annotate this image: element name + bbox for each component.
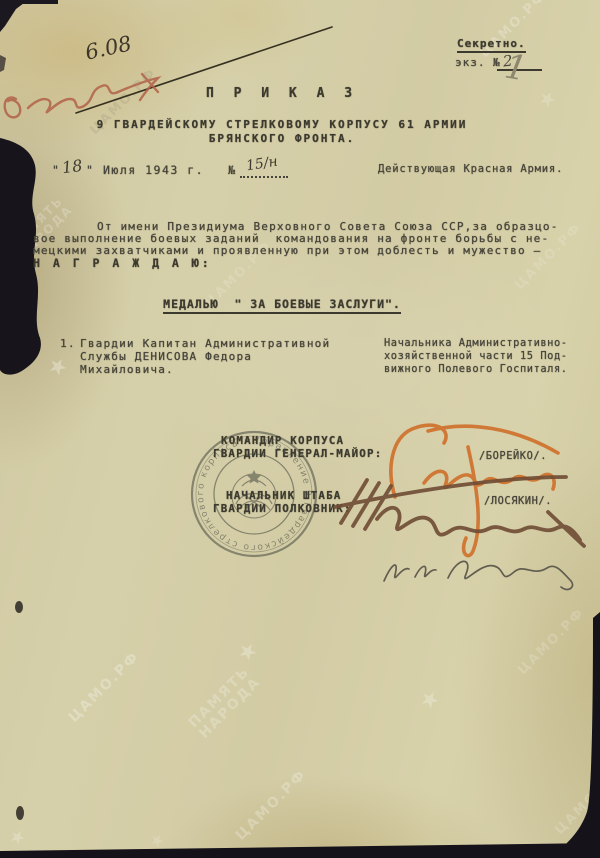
watermark-star-icon: ★ [415, 684, 447, 716]
verification-signature [384, 561, 573, 589]
stamp-emblem-icon [232, 470, 276, 518]
watermark-star-icon: ★ [233, 636, 265, 668]
entry-left-line: Службы ДЕНИСОВА Федора [80, 350, 252, 363]
commander-name: /БОРЕЙКО/. [479, 450, 547, 462]
entry-right-line: Начальника Административно- [384, 337, 568, 349]
order-day-handwritten: 18 [61, 156, 84, 177]
date-text: Июля 1943 г. [103, 163, 204, 177]
watermark-archive: ЦАМО.РФ [553, 766, 600, 837]
corner-date-handwritten: 6.08 [83, 31, 134, 64]
order-number-handwritten: 15/н [245, 154, 279, 175]
entry-right-line: вижного Полевого Госпиталя. [384, 363, 568, 375]
order-number-label: № [228, 163, 236, 177]
addressee-line2: БРЯНСКОГО ФРОНТА. [0, 132, 582, 145]
order-number-dotted-line [240, 176, 288, 178]
scanned-order-document: ЦАМО.РФ ЦАМО.РФ ПАМЯТЬ НАРОДА ★ ЦАМО.РФ … [0, 0, 600, 858]
date-quote-close: " [86, 163, 94, 177]
army-status: Действующая Красная Армия. [378, 163, 563, 175]
watermark-star-icon: ★ [43, 351, 75, 383]
award-verb-line: Н А Г Р А Ж Д А Ю: [33, 256, 212, 270]
watermark-star-icon: ★ [146, 829, 169, 852]
watermark-project: ПАМЯТЬ НАРОДА [186, 664, 263, 741]
entry-right-line: хозяйственной части 15 Под- [384, 350, 568, 362]
chief-of-staff-signature [335, 477, 584, 546]
watermark-archive: ЦАМО.РФ [516, 606, 587, 677]
commander-signature [391, 425, 558, 556]
chief-of-staff-name: /ЛОСЯКИН/. [484, 495, 552, 507]
entry-left-line: Гвардии Капитан Административной [80, 337, 330, 350]
copy-label: экз. № [455, 56, 501, 69]
watermark-archive: ЦАМО.РФ [233, 767, 309, 843]
entry-number: 1. [60, 337, 76, 350]
date-quote-open: " [52, 163, 60, 177]
round-stamp: Управление 9 Гвардейского стрелкового ко… [186, 426, 322, 562]
award-heading: МЕДАЛЬЮ " ЗА БОЕВЫЕ ЗАСЛУГИ". [163, 297, 401, 314]
order-title: П Р И К А З [0, 86, 582, 101]
watermark-archive: ЦАМО.РФ [66, 649, 142, 725]
watermark-star-icon: ★ [6, 824, 32, 850]
entry-left-line: Михайловича. [80, 363, 174, 376]
addressee-line1: 9 ГВАРДЕЙСКОМУ СТРЕЛКОВОМУ КОРПУСУ 61 АР… [0, 118, 582, 131]
